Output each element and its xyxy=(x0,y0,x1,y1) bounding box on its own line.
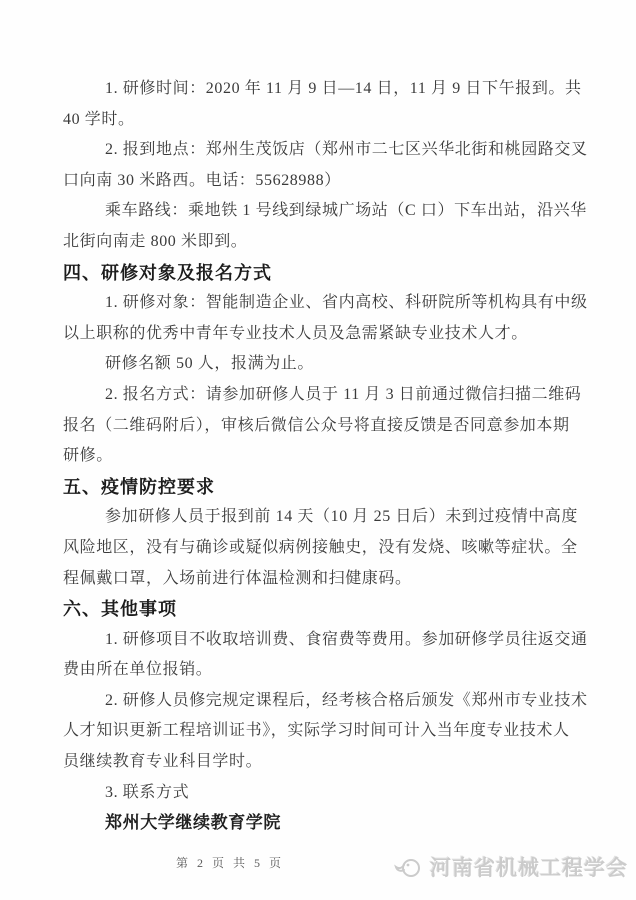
text-line: 1. 研修对象：智能制造企业、省内高校、科研院所等机构具有中级 xyxy=(63,288,583,319)
section-heading: 五、疫情防控要求 xyxy=(63,472,583,503)
text-line: 人才知识更新工程培训证书》，实际学习时间可计入当年度专业技术人 xyxy=(63,716,583,747)
text-line: 费由所在单位报销。 xyxy=(63,655,583,686)
document-page: 1. 研修时间：2020 年 11 月 9 日—14 日，11 月 9 日下午报… xyxy=(0,0,636,900)
text-line: 3. 联系方式 xyxy=(63,778,583,809)
document-lines: 1. 研修时间：2020 年 11 月 9 日—14 日，11 月 9 日下午报… xyxy=(63,74,583,839)
text-line: 1. 研修时间：2020 年 11 月 9 日—14 日，11 月 9 日下午报… xyxy=(63,74,583,105)
section-heading: 四、研修对象及报名方式 xyxy=(63,258,583,289)
text-line: 北街向南走 800 米即到。 xyxy=(63,227,583,258)
watermark-text: 河南省机械工程学会 xyxy=(430,852,628,882)
text-line: 研修。 xyxy=(63,441,583,472)
text-line: 程佩戴口罩，入场前进行体温检测和扫健康码。 xyxy=(63,564,583,595)
society-logo-icon xyxy=(394,852,424,882)
text-line: 报名（二维码附后），审核后微信公众号将直接反馈是否同意参加本期 xyxy=(63,411,583,442)
text-line: 以上职称的优秀中青年专业技术人员及急需紧缺专业技术人才。 xyxy=(63,319,583,350)
text-line: 员继续教育专业科目学时。 xyxy=(63,747,583,778)
text-line: 40 学时。 xyxy=(63,105,583,136)
section-heading: 六、其他事项 xyxy=(63,594,583,625)
text-line: 1. 研修项目不收取培训费、食宿费等费用。参加研修学员往返交通 xyxy=(63,625,583,656)
text-line: 郑州大学继续教育学院 xyxy=(63,808,583,839)
footer-page-number: 第 2 页 共 5 页 xyxy=(0,854,460,871)
watermark: 河南省机械工程学会 xyxy=(394,852,628,882)
text-line: 2. 报到地点：郑州生茂饭店（郑州市二七区兴华北街和桃园路交叉 xyxy=(63,135,583,166)
text-line: 2. 研修人员修完规定课程后，经考核合格后颁发《郑州市专业技术 xyxy=(63,686,583,717)
text-line: 研修名额 50 人，报满为止。 xyxy=(63,349,583,380)
text-line: 2. 报名方式：请参加研修人员于 11 月 3 日前通过微信扫描二维码 xyxy=(63,380,583,411)
text-line: 风险地区，没有与确诊或疑似病例接触史，没有发烧、咳嗽等症状。全 xyxy=(63,533,583,564)
text-line: 乘车路线：乘地铁 1 号线到绿城广场站（C 口）下车出站，沿兴华 xyxy=(63,196,583,227)
text-line: 口向南 30 米路西。电话：55628988） xyxy=(63,166,583,197)
text-line: 参加研修人员于报到前 14 天（10 月 25 日后）未到过疫情中高度 xyxy=(63,502,583,533)
